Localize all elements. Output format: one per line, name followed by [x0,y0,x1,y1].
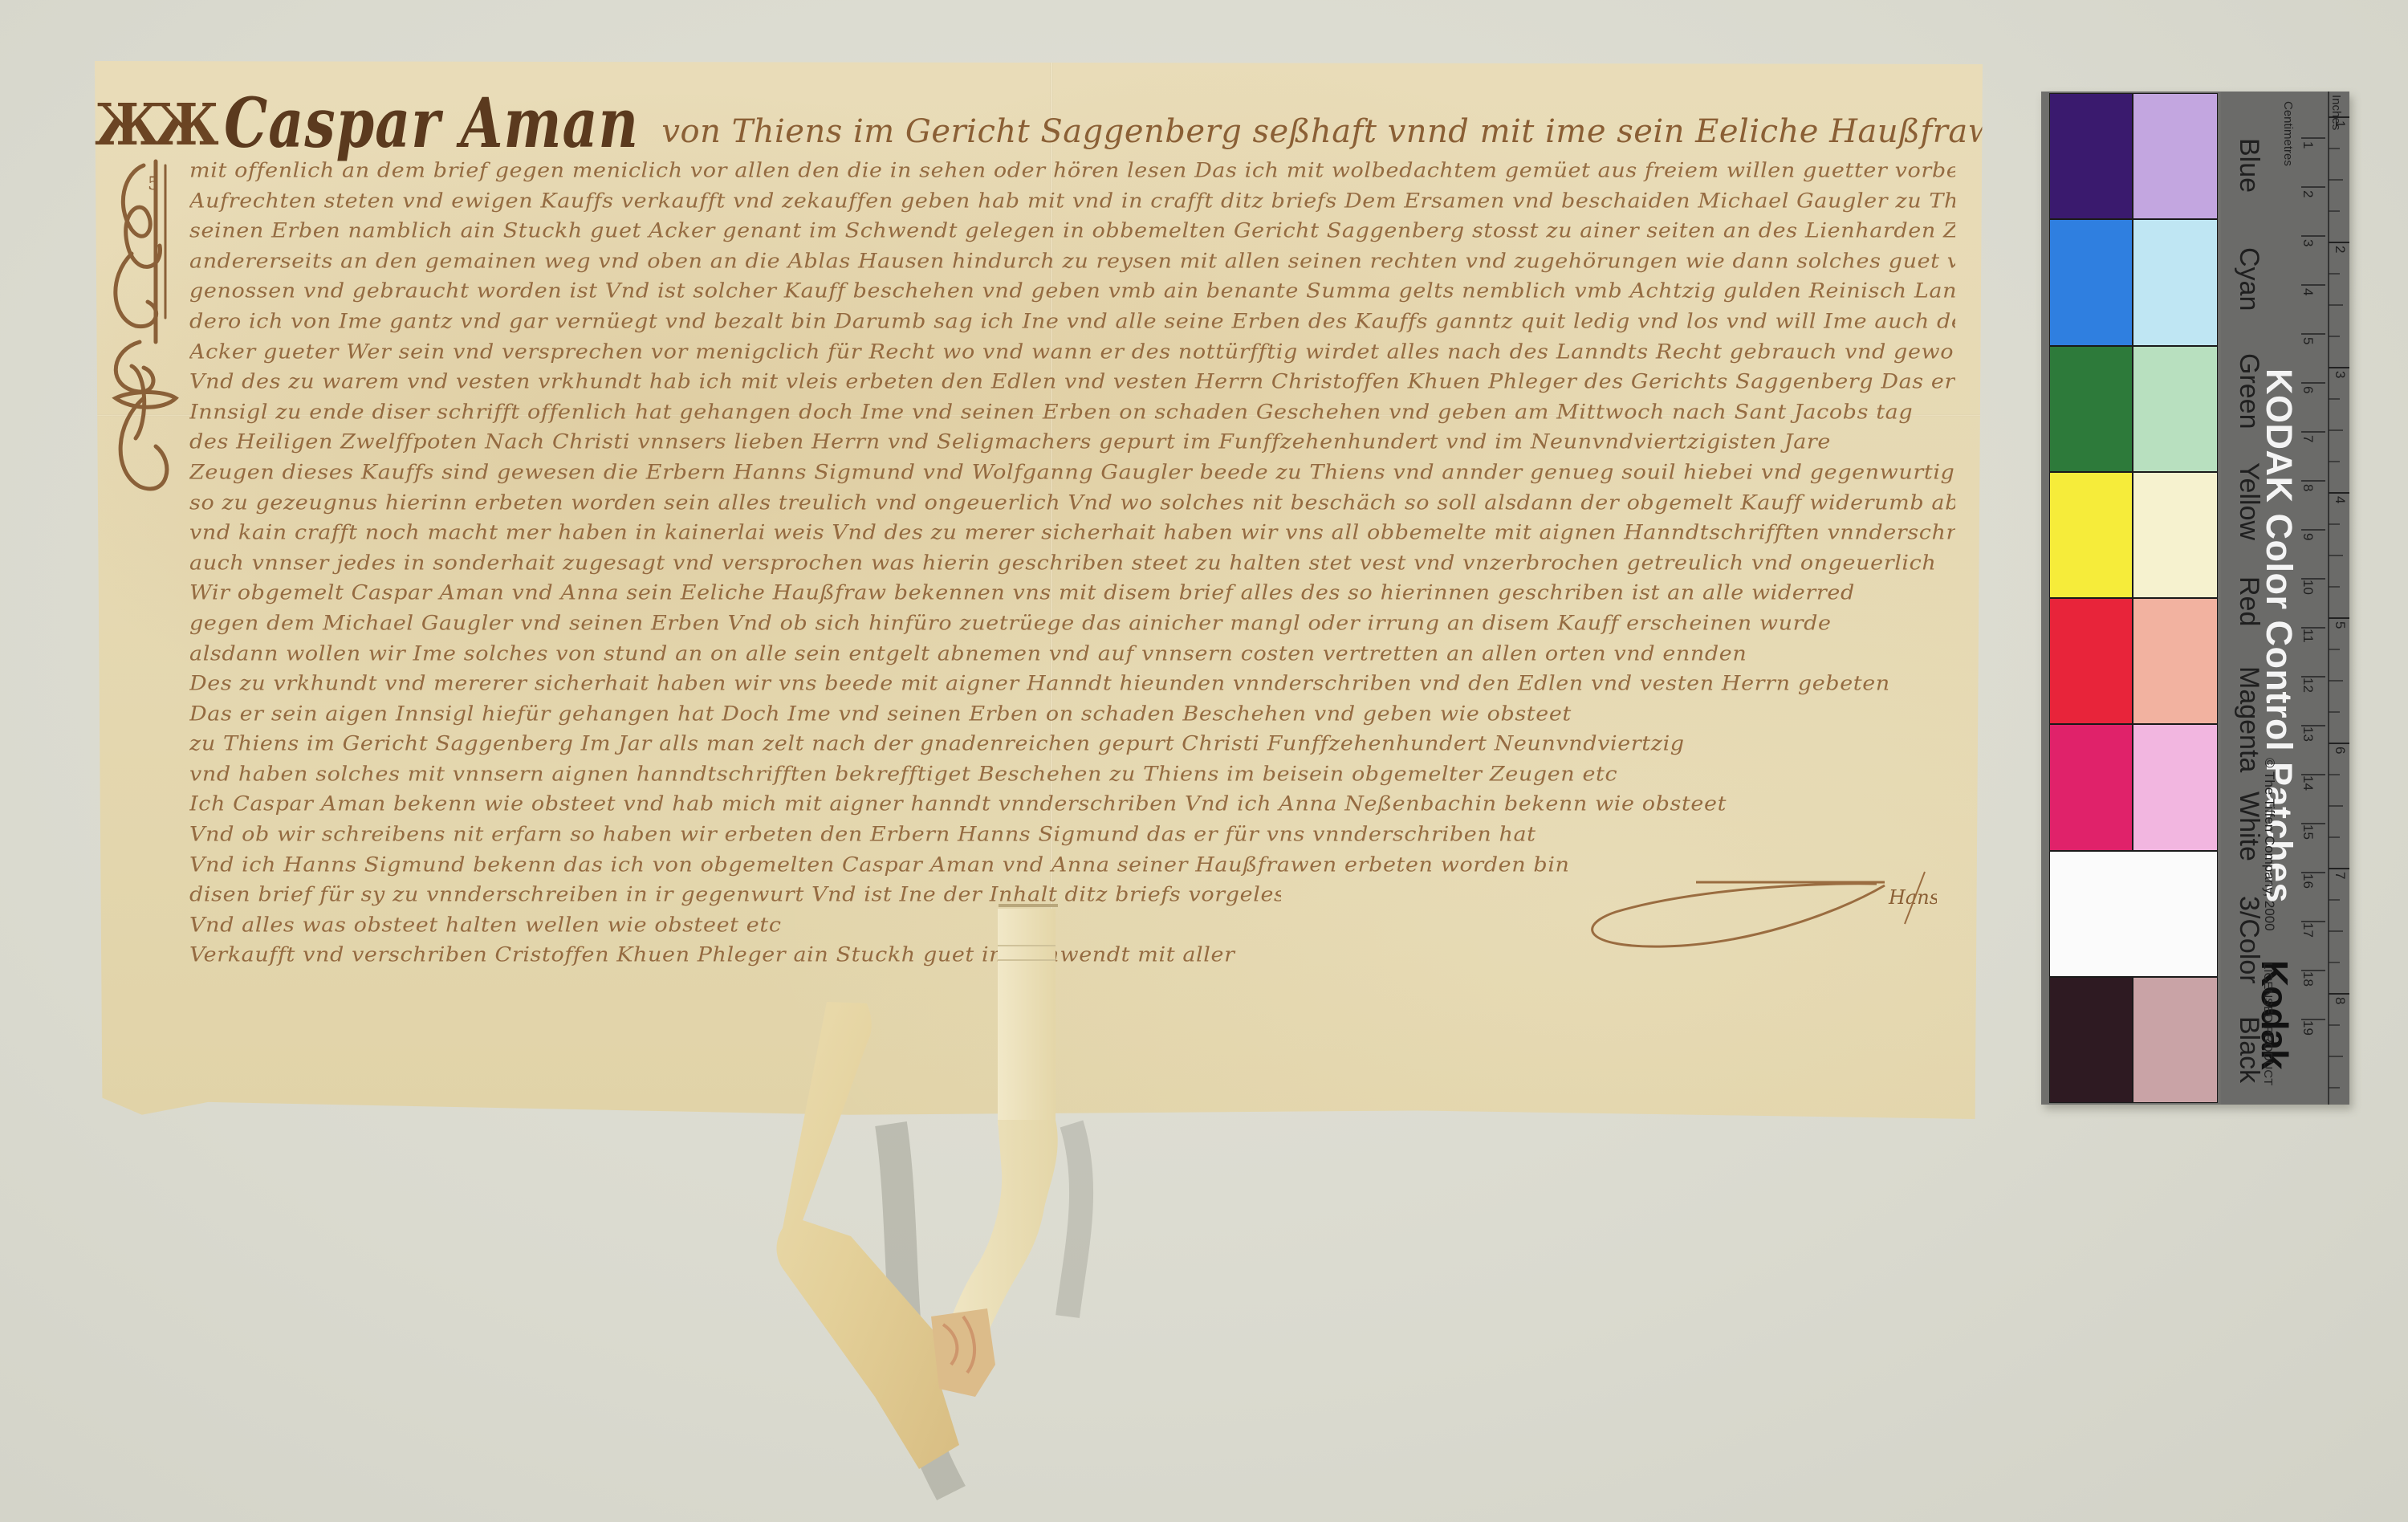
parchment-document: ЖЖ Caspar Aman von Thiens im Gericht Sag… [95,61,1983,1119]
text-line: Das er sein aigen Innsigl hiefür gehange… [189,700,1955,728]
patch-magenta-light [2133,724,2218,850]
cm-tick-label: 10 [2300,580,2316,595]
cm-tick-label: 4 [2300,288,2316,295]
document-heading: ЖЖ Caspar Aman von Thiens im Gericht Sag… [95,92,2366,156]
cm-tick-label: 9 [2300,533,2316,540]
cm-tick-label: 18 [2300,971,2316,987]
cm-tick-label: 13 [2300,726,2316,742]
seal-tag-slit [999,904,1058,907]
chart-label-strip: Blue Cyan Green Yellow Red Magenta White… [2221,92,2349,1105]
cm-tick-label: 1 [2300,141,2316,149]
inch-tick-label: 2 [2332,246,2348,253]
svg-text:5: 5 [148,174,159,194]
text-line: zu Thiens im Gericht Saggenberg Im Jar a… [189,730,1955,759]
cm-tick-label: 8 [2300,484,2316,491]
patch-white [2049,851,2218,977]
cm-tick-label: 5 [2300,337,2316,344]
cm-tick-label: 17 [2300,922,2316,938]
centimetres-label: Centimetres [2281,101,2295,166]
inch-tick-label: 4 [2332,496,2348,503]
text-line: Wir obgemelt Caspar Aman vnd Anna sein E… [189,580,1955,608]
inch-tick-label: 6 [2332,747,2348,754]
cm-tick-label: 2 [2300,190,2316,197]
patch-cyan-dark [2049,219,2133,345]
cm-tick-label: 15 [2300,824,2316,840]
text-line: Verkaufft vnd verschriben Cristoffen Khu… [189,942,1241,970]
color-patch-grid [2049,93,2218,1103]
inch-tick-label: 5 [2332,621,2348,629]
text-line: Ich Caspar Aman bekenn wie obsteet vnd h… [189,791,1955,819]
label-blue: Blue [2233,138,2264,193]
text-line: Aufrechten steten vnd ewigen Kauffs verk… [189,187,1955,215]
patch-blue-light [2133,93,2218,219]
patch-3color-dark [2049,977,2133,1103]
text-line: Innsigl zu ende diser schrifft offenlich… [189,398,1955,426]
text-line: Vnd alles was obsteet halten wellen wie … [189,911,1241,939]
licensed-product-label: LICENSED PRODUCT [2261,962,2275,1085]
text-line: Vnd ob wir schreibens nit erfarn so habe… [189,821,1955,849]
heading-ornament: ЖЖ [95,92,213,159]
patch-blue-dark [2049,93,2133,219]
cm-tick-label: 19 [2300,1020,2316,1036]
kodak-color-chart: Blue Cyan Green Yellow Red Magenta White… [2041,92,2349,1105]
cm-tick-label: 12 [2300,678,2316,693]
inch-tick-label: 1 [2332,120,2348,128]
issuer-name: Caspar Aman [224,83,639,164]
text-line: vnd kain crafft noch macht mer haben in … [189,519,1955,547]
cm-tick-label: 14 [2300,775,2316,791]
cm-tick-label: 16 [2300,873,2316,889]
text-line: auch vnnser jedes in sonderhait zugesagt… [189,549,1955,577]
text-line: alsdann wollen wir Ime solches von stund… [189,640,1955,668]
cm-tick-label: 11 [2300,629,2316,643]
text-line: vnd haben solches mit vnnsern aignen han… [189,760,1955,788]
text-line: Acker gueter Wer sein vnd versprechen vo… [189,338,1955,366]
inch-tick-label: 3 [2332,371,2348,378]
text-line: mit offenlich an dem brief gegen menicli… [189,157,1955,185]
label-cyan: Cyan [2233,247,2264,311]
text-line: genossen vnd gebraucht worden ist Vnd is… [189,278,1955,306]
cm-tick-label: 6 [2300,386,2316,393]
text-line: dero ich von Ime gantz vnd gar vernüegt … [189,307,1955,336]
inch-tick-label: 7 [2332,872,2348,879]
text-line: gegen dem Michael Gaugler vnd seinen Erb… [189,609,1955,637]
document-body-text: mit offenlich an dem brief gegen menicli… [189,156,1955,971]
text-line: andererseits an den gemainen weg vnd obe… [189,247,1955,275]
patch-cyan-light [2133,219,2218,345]
patch-red-light [2133,598,2218,724]
signature-flourish-icon: Hans [1568,868,1937,956]
patch-yellow-dark [2049,472,2133,598]
text-line: Des zu vrkhundt vnd mererer sicherhait h… [189,670,1955,698]
text-line: seinen Erben namblich ain Stuckh guet Ac… [189,218,1955,246]
cm-tick-label: 3 [2300,239,2316,246]
text-line: Vnd des zu warem vnd vesten vrkhundt hab… [189,368,1955,397]
decorative-initial-icon: 5 [100,157,188,503]
patch-magenta-dark [2049,724,2133,850]
patch-green-light [2133,346,2218,472]
photo-stage: ЖЖ Caspar Aman von Thiens im Gericht Sag… [0,0,2408,1522]
patch-green-dark [2049,346,2133,472]
patch-yellow-light [2133,472,2218,598]
cm-tick-label: 7 [2300,435,2316,442]
chart-copyright: © The Tiffen Company, 2000 [2261,758,2277,931]
patch-3color-light [2133,977,2218,1103]
kodak-logo: Kodak [2253,960,2296,1069]
text-line: so zu gezeugnus hierinn erbeten worden s… [189,489,1955,517]
inch-tick-label: 8 [2332,997,2348,1004]
text-line: Zeugen dieses Kauffs sind gewesen die Er… [189,458,1955,486]
text-line: des Heiligen Zwelffpoten Nach Christi vn… [189,429,1955,457]
patch-red-dark [2049,598,2133,724]
text-line: disen brief für sy zu vnnderschreiben in… [189,881,1281,910]
